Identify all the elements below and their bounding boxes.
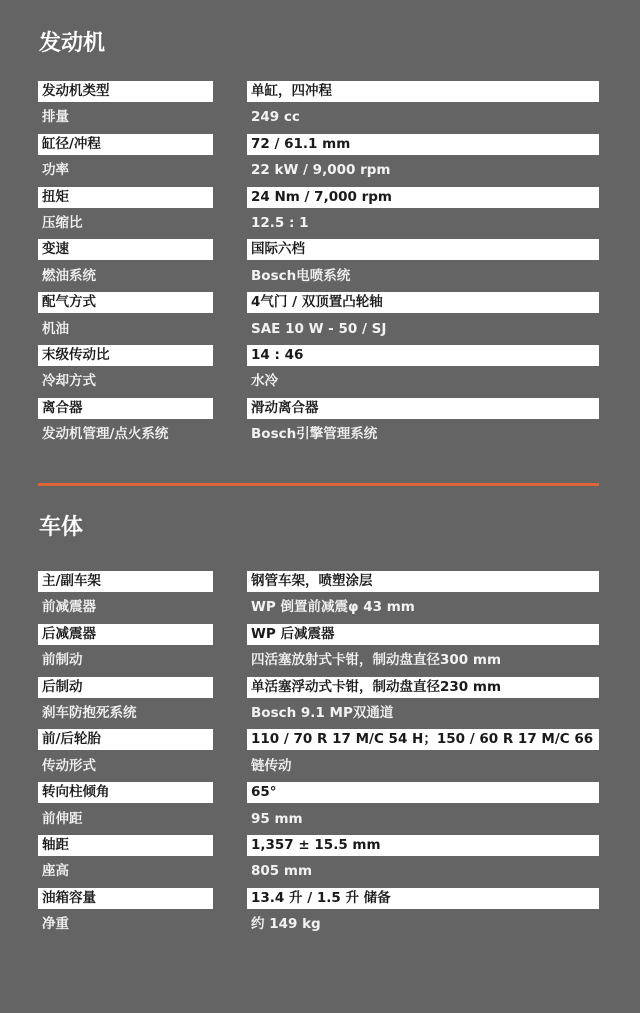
- spec-label: 前/后轮胎: [38, 729, 213, 750]
- spec-row: 缸径/冲程72 / 61.1 mm: [38, 132, 599, 158]
- spec-label: 净重: [38, 914, 213, 935]
- spec-value: SAE 10 W - 50 / SJ: [247, 319, 599, 340]
- spec-row: 传动形式链传动: [38, 754, 599, 780]
- spec-row: 变速国际六档: [38, 237, 599, 263]
- spec-label: 冷却方式: [38, 371, 213, 392]
- spec-row: 刹车防抱死系统Bosch 9.1 MP双通道: [38, 701, 599, 727]
- spec-label: 后制动: [38, 677, 213, 698]
- spec-value: 95 mm: [247, 809, 599, 830]
- section-title-engine: 发动机: [39, 29, 105, 59]
- spec-label: 主/副车架: [38, 571, 213, 592]
- engine-spec-table: 发动机类型单缸，四冲程 排量249 cc 缸径/冲程72 / 61.1 mm 功…: [38, 79, 599, 448]
- spec-row: 前/后轮胎110 / 70 R 17 M/C 54 H；150 / 60 R 1…: [38, 727, 599, 753]
- spec-label: 刹车防抱死系统: [38, 703, 213, 724]
- spec-label: 燃油系统: [38, 266, 213, 287]
- spec-row: 排量249 cc: [38, 105, 599, 131]
- spec-label: 末级传动比: [38, 345, 213, 366]
- spec-label: 发动机管理/点火系统: [38, 424, 213, 445]
- spec-row: 前制动四活塞放射式卡钳，制动盘直径300 mm: [38, 648, 599, 674]
- spec-row: 燃油系统Bosch电喷系统: [38, 264, 599, 290]
- spec-value: 钢管车架，喷塑涂层: [247, 571, 599, 592]
- spec-value: 14 : 46: [247, 345, 599, 366]
- section-title-chassis: 车体: [39, 513, 83, 543]
- spec-label: 前伸距: [38, 809, 213, 830]
- spec-value: 水冷: [247, 371, 599, 392]
- spec-value: 四活塞放射式卡钳，制动盘直径300 mm: [247, 650, 599, 671]
- spec-value: 滑动离合器: [247, 398, 599, 419]
- spec-value: WP 后减震器: [247, 624, 599, 645]
- spec-value: Bosch 9.1 MP双通道: [247, 703, 599, 724]
- spec-label: 前减震器: [38, 597, 213, 618]
- spec-label: 转向柱倾角: [38, 782, 213, 803]
- spec-row: 冷却方式水冷: [38, 369, 599, 395]
- spec-row: 座高805 mm: [38, 859, 599, 885]
- spec-label: 扭矩: [38, 187, 213, 208]
- spec-label: 座高: [38, 861, 213, 882]
- spec-label: 油箱容量: [38, 888, 213, 909]
- spec-row: 主/副车架钢管车架，喷塑涂层: [38, 569, 599, 595]
- spec-row: 油箱容量13.4 升 / 1.5 升 储备: [38, 886, 599, 912]
- spec-value: 约 149 kg: [247, 914, 599, 935]
- spec-value: 65°: [247, 782, 599, 803]
- spec-value: 249 cc: [247, 107, 599, 128]
- spec-label: 发动机类型: [38, 81, 213, 102]
- spec-label: 缸径/冲程: [38, 134, 213, 155]
- spec-row: 前减震器WP 倒置前减震φ 43 mm: [38, 595, 599, 621]
- spec-value: 国际六档: [247, 239, 599, 260]
- spec-value: 单活塞浮动式卡钳，制动盘直径230 mm: [247, 677, 599, 698]
- spec-row: 发动机管理/点火系统Bosch引擎管理系统: [38, 422, 599, 448]
- spec-row: 后减震器WP 后减震器: [38, 622, 599, 648]
- spec-label: 前制动: [38, 650, 213, 671]
- spec-label: 压缩比: [38, 213, 213, 234]
- spec-label: 轴距: [38, 835, 213, 856]
- spec-row: 转向柱倾角65°: [38, 780, 599, 806]
- spec-value: 13.4 升 / 1.5 升 储备: [247, 888, 599, 909]
- spec-label: 机油: [38, 319, 213, 340]
- spec-label: 功率: [38, 160, 213, 181]
- chassis-spec-table: 主/副车架钢管车架，喷塑涂层 前减震器WP 倒置前减震φ 43 mm 后减震器W…: [38, 569, 599, 938]
- spec-row: 后制动单活塞浮动式卡钳，制动盘直径230 mm: [38, 675, 599, 701]
- spec-label: 后减震器: [38, 624, 213, 645]
- spec-row: 净重约 149 kg: [38, 912, 599, 938]
- spec-value: 24 Nm / 7,000 rpm: [247, 187, 599, 208]
- spec-value: 72 / 61.1 mm: [247, 134, 599, 155]
- spec-label: 传动形式: [38, 756, 213, 777]
- spec-label: 离合器: [38, 398, 213, 419]
- spec-value: 12.5 : 1: [247, 213, 599, 234]
- spec-row: 发动机类型单缸，四冲程: [38, 79, 599, 105]
- spec-row: 末级传动比14 : 46: [38, 343, 599, 369]
- spec-row: 功率22 kW / 9,000 rpm: [38, 158, 599, 184]
- spec-value: 110 / 70 R 17 M/C 54 H；150 / 60 R 17 M/C…: [247, 729, 599, 750]
- spec-value: 4气门 / 双顶置凸轮轴: [247, 292, 599, 313]
- spec-row: 配气方式4气门 / 双顶置凸轮轴: [38, 290, 599, 316]
- spec-value: 链传动: [247, 756, 599, 777]
- section-divider: [38, 483, 599, 486]
- spec-label: 配气方式: [38, 292, 213, 313]
- spec-row: 轴距1,357 ± 15.5 mm: [38, 833, 599, 859]
- spec-value: Bosch引擎管理系统: [247, 424, 599, 445]
- spec-row: 压缩比12.5 : 1: [38, 211, 599, 237]
- spec-value: 单缸，四冲程: [247, 81, 599, 102]
- spec-value: 805 mm: [247, 861, 599, 882]
- spec-label: 排量: [38, 107, 213, 128]
- spec-value: WP 倒置前减震φ 43 mm: [247, 597, 599, 618]
- spec-row: 机油SAE 10 W - 50 / SJ: [38, 317, 599, 343]
- spec-row: 扭矩24 Nm / 7,000 rpm: [38, 185, 599, 211]
- spec-row: 前伸距95 mm: [38, 807, 599, 833]
- spec-value: Bosch电喷系统: [247, 266, 599, 287]
- spec-row: 离合器滑动离合器: [38, 396, 599, 422]
- spec-value: 22 kW / 9,000 rpm: [247, 160, 599, 181]
- spec-value: 1,357 ± 15.5 mm: [247, 835, 599, 856]
- spec-label: 变速: [38, 239, 213, 260]
